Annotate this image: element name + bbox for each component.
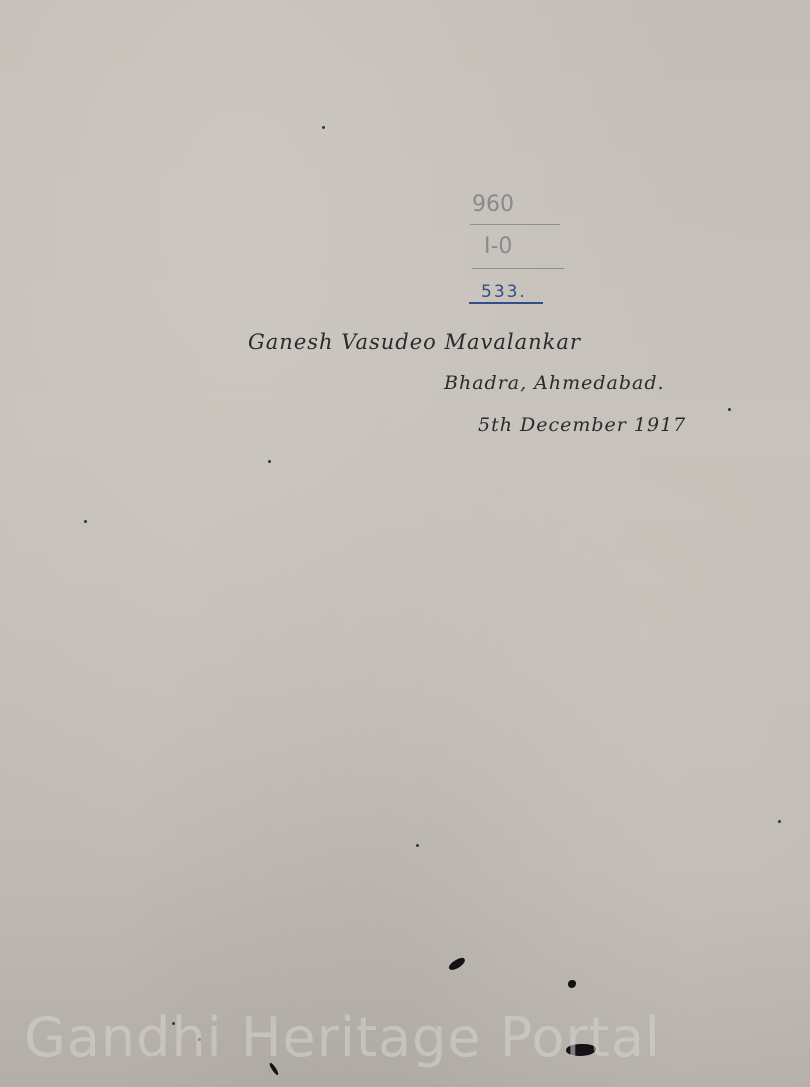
ink-speck [84, 520, 87, 523]
ink-speck [416, 844, 419, 847]
pencil-annotation-i0: I-0 [484, 234, 512, 259]
ink-speck [322, 126, 325, 129]
catalog-underline [469, 302, 543, 304]
scanned-document-page: 960 I-0 533. Ganesh Vasudeo Mavalankar B… [0, 0, 810, 1087]
ink-blot [568, 980, 576, 988]
catalog-number: 533. [481, 282, 527, 302]
handwritten-place: Bhadra, Ahmedabad. [444, 372, 665, 394]
handwritten-name: Ganesh Vasudeo Mavalankar [248, 330, 581, 354]
handwritten-date: 5th December 1917 [478, 414, 686, 436]
ink-blot [447, 956, 467, 972]
watermark: Gandhi Heritage Portal [24, 1006, 661, 1069]
ink-speck [728, 408, 731, 411]
ink-speck [268, 460, 271, 463]
pencil-annotation-960: 960 [472, 192, 514, 217]
ink-speck [778, 820, 781, 823]
pencil-rule-2 [472, 268, 564, 269]
pencil-rule-1 [470, 224, 560, 225]
